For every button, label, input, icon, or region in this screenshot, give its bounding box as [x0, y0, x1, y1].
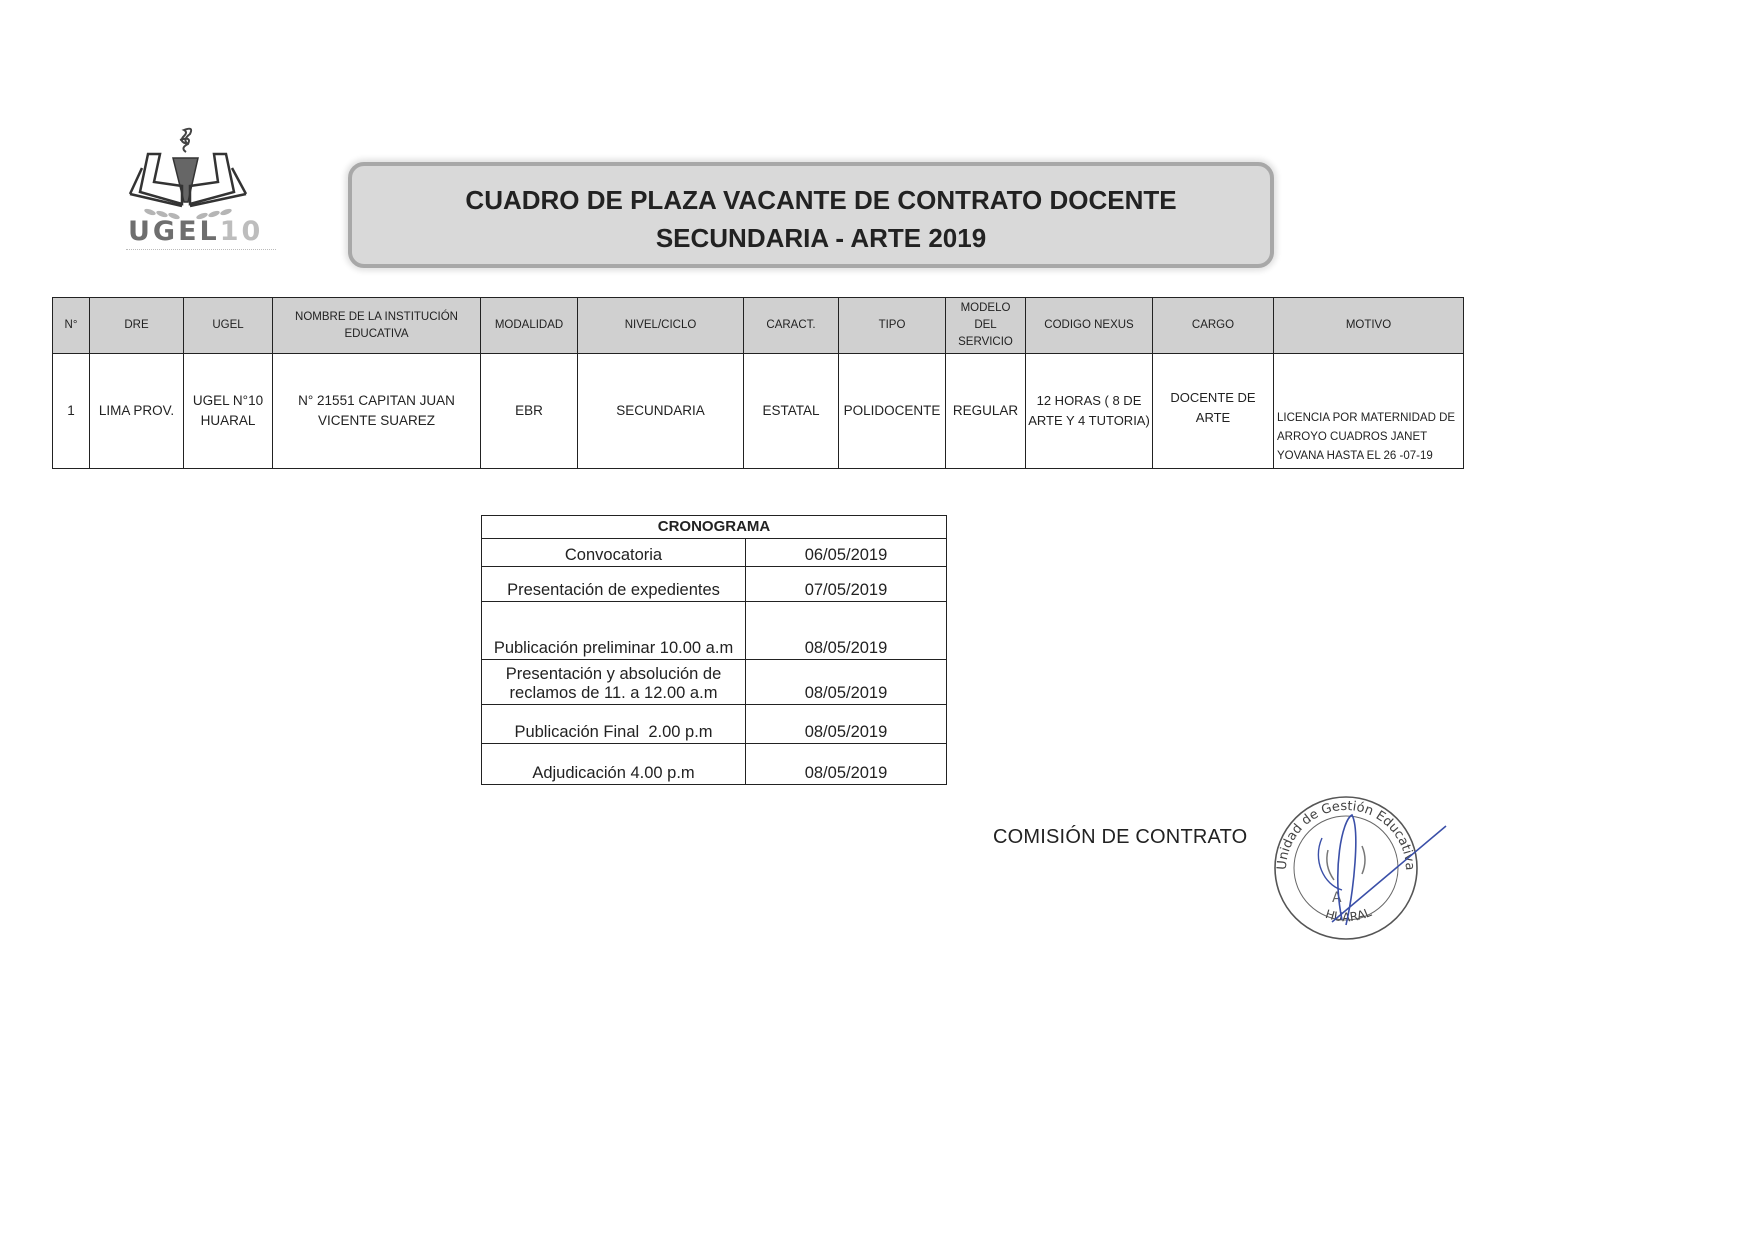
- open-book-torch-icon: [118, 124, 268, 224]
- header-n: N°: [53, 298, 90, 354]
- header-caract: CARACT.: [744, 298, 839, 354]
- header-tipo: TIPO: [839, 298, 946, 354]
- ugel-logo: UGEL10: [118, 124, 268, 254]
- schedule-date: 08/05/2019: [746, 602, 947, 660]
- header-cargo: CARGO: [1153, 298, 1274, 354]
- title-banner: CUADRO DE PLAZA VACANTE DE CONTRATO DOCE…: [348, 162, 1274, 268]
- schedule-date: 06/05/2019: [746, 539, 947, 567]
- cell-modalidad: EBR: [481, 354, 578, 469]
- schedule-row: Adjudicación 4.00 p.m 08/05/2019: [482, 744, 947, 785]
- table-row: 1 LIMA PROV. UGEL N°10 HUARAL N° 21551 C…: [53, 354, 1464, 469]
- cell-cargo: DOCENTE DE ARTE: [1153, 354, 1274, 469]
- schedule-activity: Convocatoria: [482, 539, 746, 567]
- cell-nivel: SECUNDARIA: [578, 354, 744, 469]
- vacancy-table: N° DRE UGEL NOMBRE DE LA INSTITUCIÓN EDU…: [52, 297, 1464, 469]
- schedule-row: Publicación Final 2.00 p.m 08/05/2019: [482, 705, 947, 744]
- schedule-title: CRONOGRAMA: [482, 516, 947, 539]
- page-subtitle: SECUNDARIA - ARTE 2019: [352, 223, 1270, 254]
- header-dre: DRE: [90, 298, 184, 354]
- official-seal-icon: Unidad de Gestión Educativa Local N° 10 …: [1262, 790, 1452, 950]
- svg-text:A: A: [1332, 890, 1342, 906]
- cell-institucion: N° 21551 CAPITAN JUAN VICENTE SUAREZ: [273, 354, 481, 469]
- schedule-date: 08/05/2019: [746, 660, 947, 705]
- commission-label: COMISIÓN DE CONTRATO: [993, 826, 1247, 849]
- table-header-row: N° DRE UGEL NOMBRE DE LA INSTITUCIÓN EDU…: [53, 298, 1464, 354]
- header-codigo: CODIGO NEXUS: [1026, 298, 1153, 354]
- cell-n: 1: [53, 354, 90, 469]
- cell-motivo: LICENCIA POR MATERNIDAD DE ARROYO CUADRO…: [1274, 354, 1464, 469]
- schedule-activity: Publicación preliminar 10.00 a.m: [482, 602, 746, 660]
- schedule-activity: Presentación y absolución de reclamos de…: [482, 660, 746, 705]
- schedule-date: 08/05/2019: [746, 744, 947, 785]
- schedule-activity: Publicación Final 2.00 p.m: [482, 705, 746, 744]
- cell-modelo: REGULAR: [946, 354, 1026, 469]
- schedule-row: Presentación de expedientes 07/05/2019: [482, 567, 947, 602]
- cell-dre: LIMA PROV.: [90, 354, 184, 469]
- schedule-row: Convocatoria 06/05/2019: [482, 539, 947, 567]
- header-institucion: NOMBRE DE LA INSTITUCIÓN EDUCATIVA: [273, 298, 481, 354]
- schedule-row: Publicación preliminar 10.00 a.m 08/05/2…: [482, 602, 947, 660]
- header-modalidad: MODALIDAD: [481, 298, 578, 354]
- header-ugel: UGEL: [184, 298, 273, 354]
- header-modelo: MODELO DEL SERVICIO: [946, 298, 1026, 354]
- cell-tipo: POLIDOCENTE: [839, 354, 946, 469]
- schedule-row: Presentación y absolución de reclamos de…: [482, 660, 947, 705]
- schedule-activity: Adjudicación 4.00 p.m: [482, 744, 746, 785]
- logo-subtitle-line: [126, 249, 276, 250]
- page-title: CUADRO DE PLAZA VACANTE DE CONTRATO DOCE…: [352, 185, 1270, 216]
- logo-wordmark: UGEL10: [128, 216, 263, 247]
- schedule-activity: Presentación de expedientes: [482, 567, 746, 602]
- cell-caract: ESTATAL: [744, 354, 839, 469]
- schedule-date: 08/05/2019: [746, 705, 947, 744]
- header-nivel: NIVEL/CICLO: [578, 298, 744, 354]
- header-motivo: MOTIVO: [1274, 298, 1464, 354]
- cell-ugel: UGEL N°10 HUARAL: [184, 354, 273, 469]
- schedule-date: 07/05/2019: [746, 567, 947, 602]
- schedule-table: CRONOGRAMA Convocatoria 06/05/2019 Prese…: [481, 515, 947, 785]
- cell-codigo: 12 HORAS ( 8 DE ARTE Y 4 TUTORIA): [1026, 354, 1153, 469]
